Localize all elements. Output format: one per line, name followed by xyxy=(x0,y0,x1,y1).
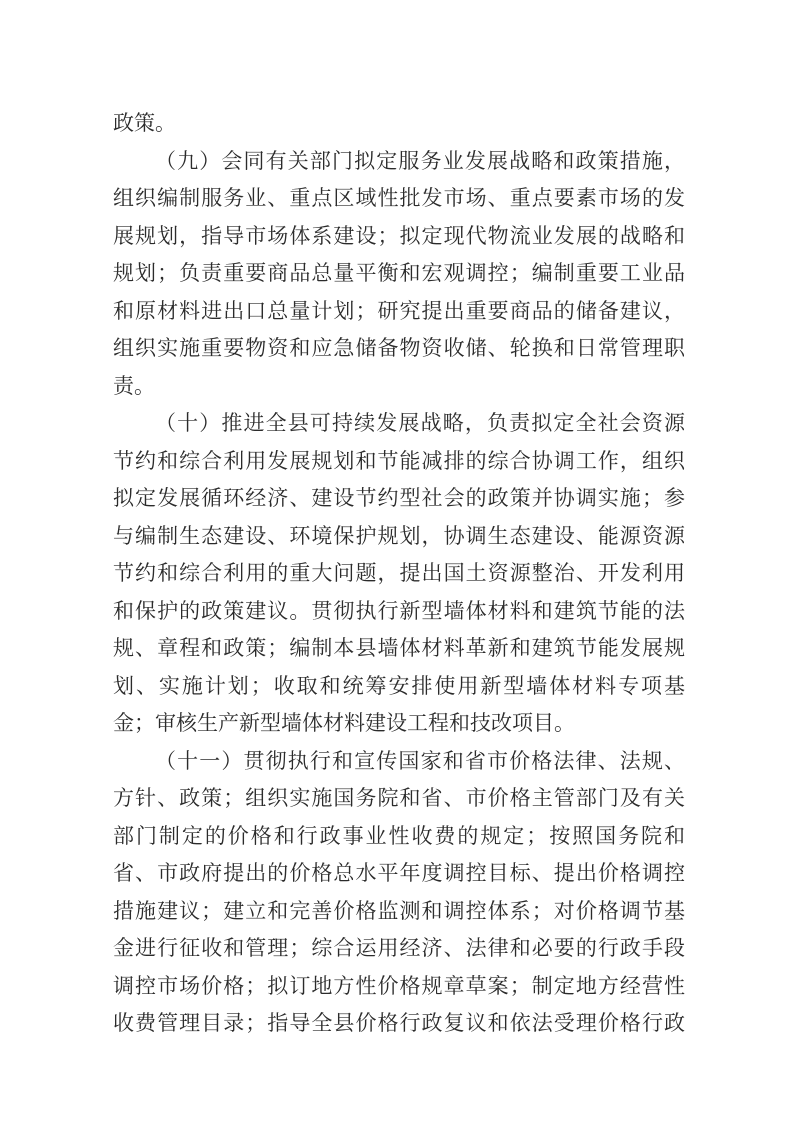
text-line: 规、章程和政策；编制本县墙体材料革新和建筑节能发展规 xyxy=(113,630,685,668)
text-line: 金；审核生产新型墙体材料建设工程和技改项目。 xyxy=(113,705,685,743)
text-line: 和原材料进出口总量计划；研究提出重要商品的储备建议， xyxy=(113,293,685,331)
text-line: 划、实施计划；收取和统筹安排使用新型墙体材料专项基 xyxy=(113,668,685,706)
text-line: 组织编制服务业、重点区域性批发市场、重点要素市场的发 xyxy=(113,180,685,218)
text-line: 责。 xyxy=(113,368,685,406)
text-line: 和保护的政策建议。贯彻执行新型墙体材料和建筑节能的法 xyxy=(113,593,685,631)
text-line: 与编制生态建设、环境保护规划，协调生态建设、能源资源 xyxy=(113,518,685,556)
text-line: 省、市政府提出的价格总水平年度调控目标、提出价格调控 xyxy=(113,855,685,893)
document-background: { "page": { "background_color": "#ffffff… xyxy=(0,0,793,1122)
text-block: 政策。（九）会同有关部门拟定服务业发展战略和政策措施，组织编制服务业、重点区域性… xyxy=(113,105,685,1043)
text-line: 方针、政策；组织实施国务院和省、市价格主管部门及有关 xyxy=(113,780,685,818)
text-line: 节约和综合利用发展规划和节能减排的综合协调工作，组织 xyxy=(113,443,685,481)
text-line: （十一）贯彻执行和宣传国家和省市价格法律、法规、 xyxy=(113,743,685,781)
text-line: 部门制定的价格和行政事业性收费的规定；按照国务院和 xyxy=(113,818,685,856)
text-line: 调控市场价格；拟订地方性价格规章草案；制定地方经营性 xyxy=(113,968,685,1006)
text-line: 节约和综合利用的重大问题，提出国土资源整治、开发利用 xyxy=(113,555,685,593)
text-line: （九）会同有关部门拟定服务业发展战略和政策措施， xyxy=(113,143,685,181)
document-page: 政策。（九）会同有关部门拟定服务业发展战略和政策措施，组织编制服务业、重点区域性… xyxy=(0,0,793,1122)
text-line: 组织实施重要物资和应急储备物资收储、轮换和日常管理职 xyxy=(113,330,685,368)
text-line: 展规划，指导市场体系建设；拟定现代物流业发展的战略和 xyxy=(113,218,685,256)
text-line: （十）推进全县可持续发展战略，负责拟定全社会资源 xyxy=(113,405,685,443)
text-line: 金进行征收和管理；综合运用经济、法律和必要的行政手段 xyxy=(113,930,685,968)
text-line: 政策。 xyxy=(113,105,685,143)
text-line: 规划；负责重要商品总量平衡和宏观调控；编制重要工业品 xyxy=(113,255,685,293)
text-line: 收费管理目录；指导全县价格行政复议和依法受理价格行政 xyxy=(113,1005,685,1043)
text-line: 措施建议；建立和完善价格监测和调控体系；对价格调节基 xyxy=(113,893,685,931)
text-line: 拟定发展循环经济、建设节约型社会的政策并协调实施；参 xyxy=(113,480,685,518)
